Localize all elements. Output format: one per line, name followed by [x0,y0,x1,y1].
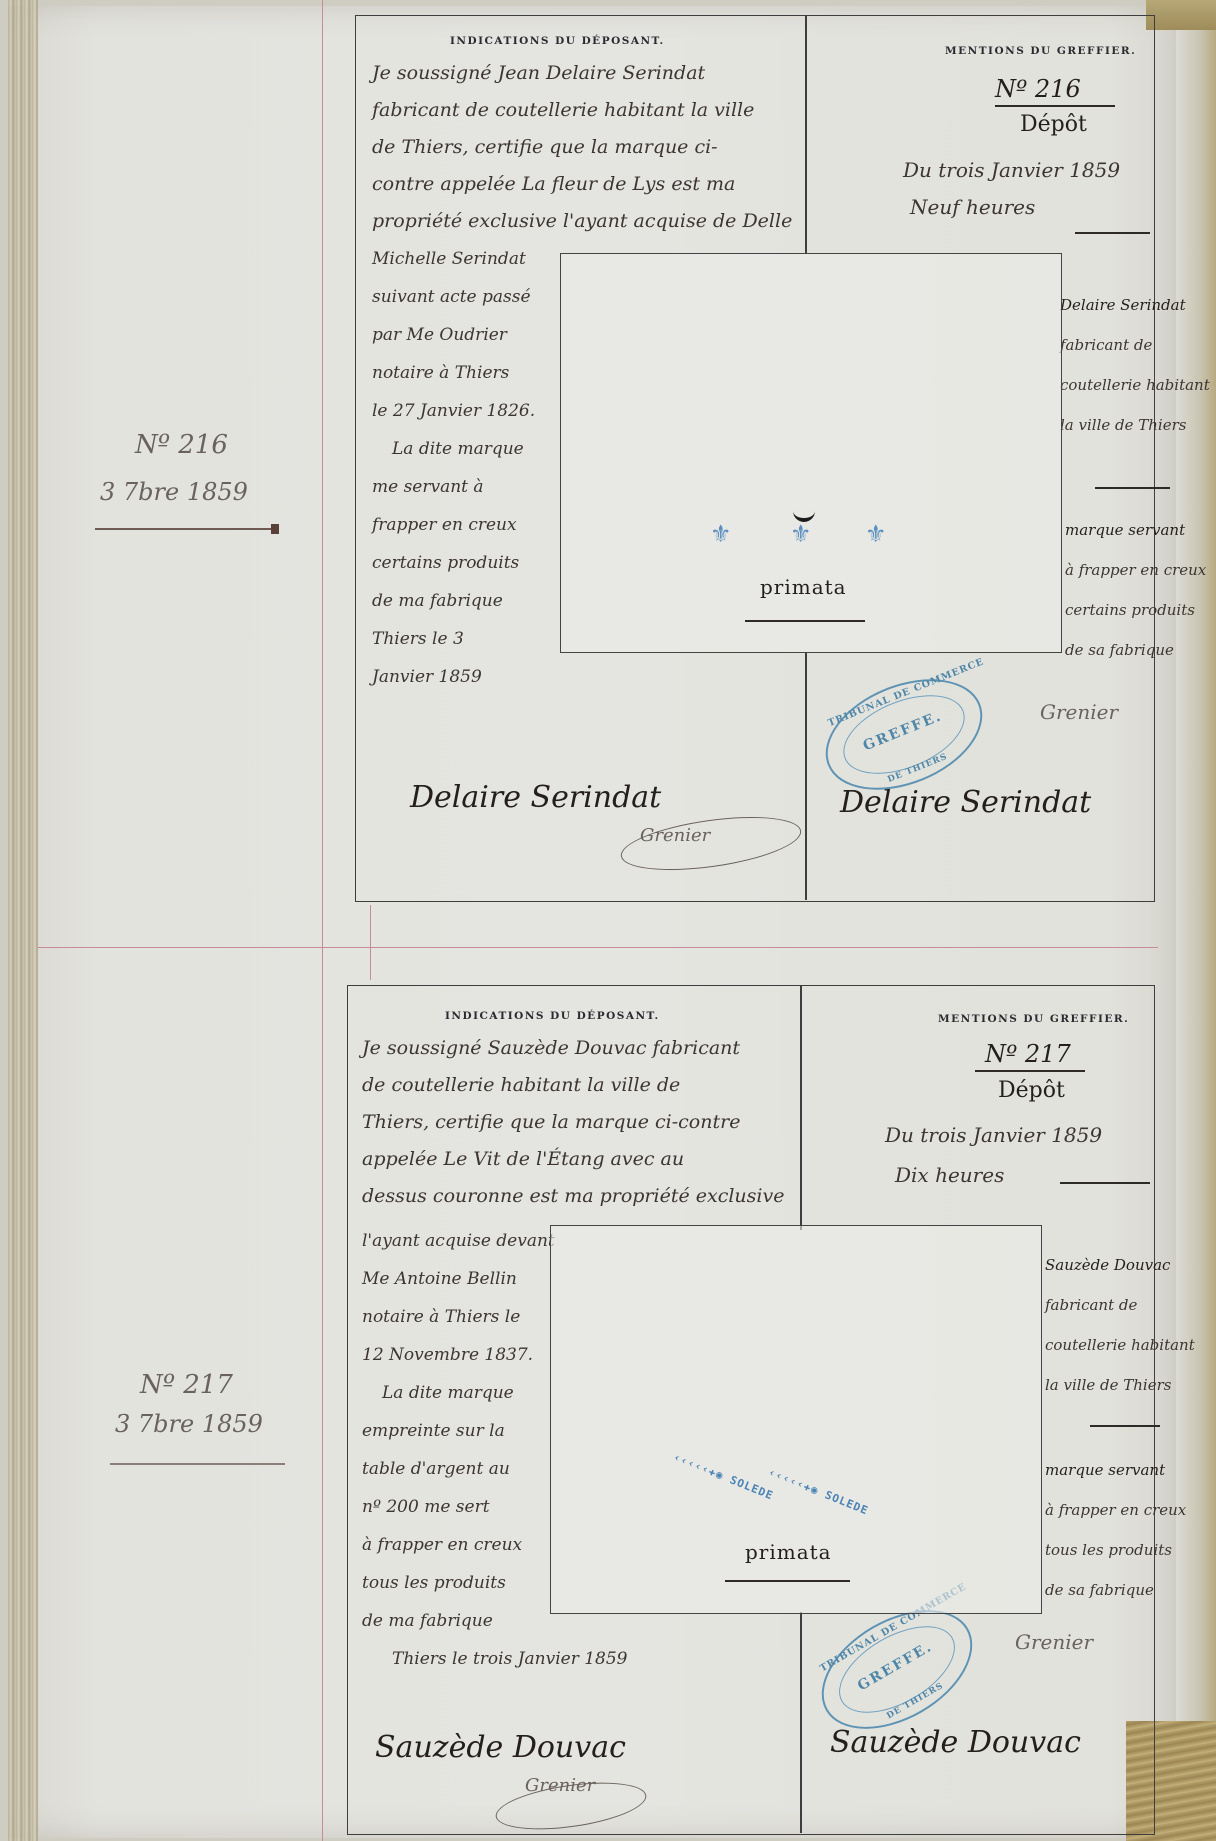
greffier-title: Dépôt [998,1078,1065,1103]
deposant-text-wide: Je soussigné Jean Delaire Serindat fabri… [372,55,792,240]
red-divider-line [38,947,1158,948]
greffier-side-text-2: marque servant à frapper en creux certai… [1065,510,1206,670]
heading-greffier: MENTIONS DU GREFFIER. [938,1013,1129,1025]
clerk-signature-right: Grenier [1040,700,1118,724]
greffier-date: Du trois Janvier 1859 [903,158,1120,182]
mark-label-underline [725,1580,850,1582]
greffier-side-text-2: marque servant à frapper en creux tous l… [1045,1450,1186,1610]
heading-deposant: INDICATIONS DU DÉPOSANT. [450,35,665,47]
mark-label: primata [745,1540,832,1564]
margin-number: Nº 216 [135,430,228,460]
heading-greffier: MENTIONS DU GREFFIER. [945,45,1136,57]
side-divider [1090,1425,1160,1427]
fleur-de-lys-icon: ⚜ [865,520,887,548]
greffier-number: Nº 216 [995,75,1081,103]
greffier-time: Neuf heures [910,195,1035,219]
greffier-signature: Delaire Serindat [840,785,1091,820]
greffier-number: Nº 217 [985,1040,1071,1068]
desk-surface-top [1146,0,1216,30]
fleur-de-lys-icon: ⚜ [710,520,732,548]
red-margin-line [322,0,323,1841]
deposant-text-narrow: Michelle Serindat suivant acte passé par… [372,240,535,696]
column-divider [800,985,802,1230]
number-underline [975,1070,1085,1072]
number-underline [995,105,1115,107]
side-divider [1095,487,1170,489]
margin-number: Nº 217 [140,1370,233,1400]
column-divider-lower [805,652,807,900]
clerk-signature-right: Grenier [1015,1630,1093,1654]
red-margin-line-inner [370,905,371,980]
time-underline [1060,1182,1150,1184]
book-binding [8,0,38,1841]
mark-label-underline [745,620,865,622]
greffier-side-text: Sauzède Douvac fabricant de coutellerie … [1045,1245,1195,1405]
deposant-text-wide: Je soussigné Sauzède Douvac fabricant de… [362,1030,784,1215]
margin-date: 3 7bre 1859 [115,1410,263,1438]
heading-deposant: INDICATIONS DU DÉPOSANT. [445,1010,660,1022]
greffier-time: Dix heures [895,1163,1004,1187]
time-underline [1075,232,1150,234]
margin-underline [110,1463,285,1465]
column-divider-lower [800,1612,802,1833]
greffier-date: Du trois Janvier 1859 [885,1123,1102,1147]
margin-date: 3 7bre 1859 [100,478,248,506]
greffier-title: Dépôt [1020,112,1087,137]
greffier-side-text: Delaire Serindat fabricant de coutelleri… [1060,285,1210,445]
column-divider [805,15,807,253]
margin-arrow [95,528,275,530]
deposant-signature: Delaire Serindat [410,780,661,815]
deposant-signature: Sauzède Douvac [375,1730,626,1765]
fleur-de-lys-crescent-icon: ⚜ [790,520,812,548]
mark-label: primata [760,575,847,599]
